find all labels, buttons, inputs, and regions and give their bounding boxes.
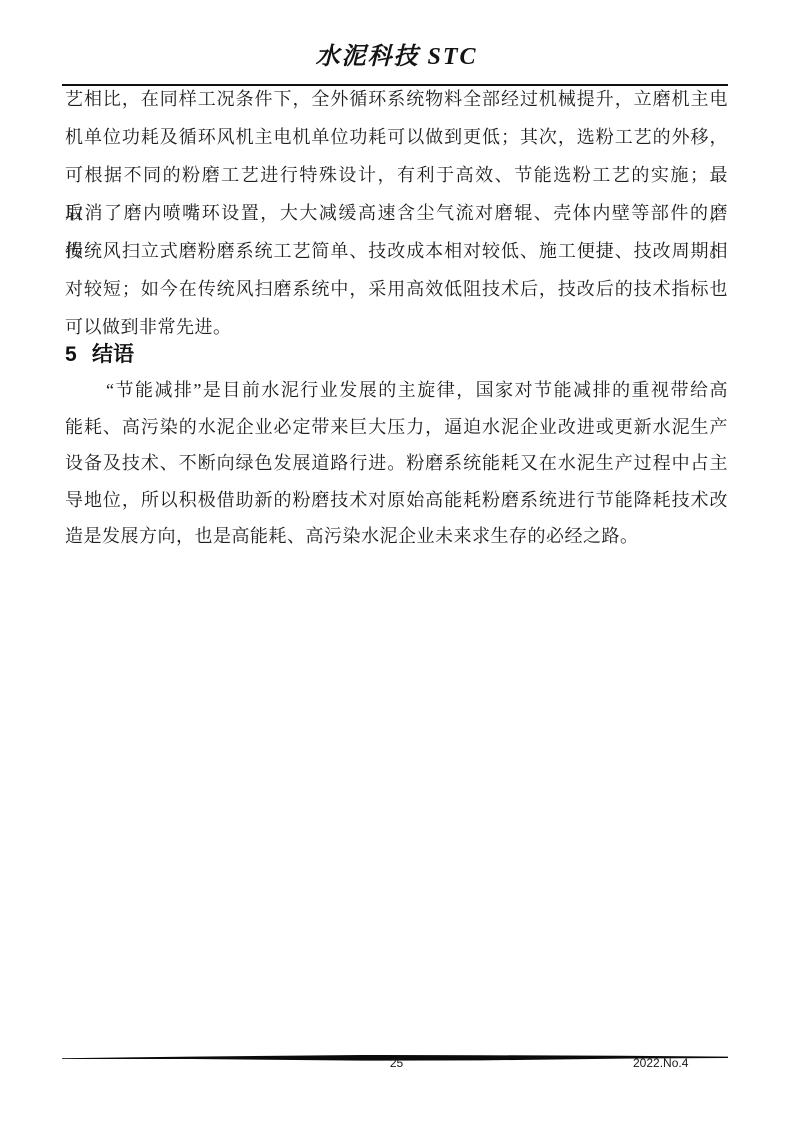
- journal-title: 水泥科技 STC: [0, 42, 793, 72]
- paragraph-1-line: 艺相比，在同样工况条件下，全外循环系统物料全部经过机械提升，立磨机主电: [65, 80, 728, 118]
- section-title: 结语: [92, 343, 134, 366]
- paragraph-1-line: 对较短；如今在传统风扫磨系统中，采用高效低阻技术后，技改后的技术指标也: [65, 270, 728, 308]
- section-heading-5: 5结语: [65, 341, 728, 368]
- paragraph-2-line: 能耗、高污染的水泥企业必定带来巨大压力，逼迫水泥企业改进或更新水泥生产: [65, 409, 728, 446]
- paragraph-2-line: “节能减排”是目前水泥行业发展的主旋律，国家对节能减排的重视带给高: [65, 372, 728, 409]
- paragraph-2: “节能减排”是目前水泥行业发展的主旋律，国家对节能减排的重视带给高 能耗、高污染…: [65, 372, 728, 555]
- issue-label: 2022.No.4: [633, 1056, 688, 1071]
- document-page: 水泥科技 STC 艺相比，在同样工况条件下，全外循环系统物料全部经过机械提升，立…: [0, 0, 793, 1122]
- paragraph-2-line: 设备及技术、不断向绿色发展道路行进。粉磨系统能耗又在水泥生产过程中占主: [65, 445, 728, 482]
- paragraph-2-line: 导地位，所以积极借助新的粉磨技术对原始高能耗粉磨系统进行节能降耗技术改: [65, 482, 728, 519]
- paragraph-1-line: 取消了磨内喷嘴环设置，大大减缓高速含尘气流对磨辊、壳体内壁等部件的磨损。: [65, 194, 728, 232]
- paragraph-1-line: 机单位功耗及循环风机主电机单位功耗可以做到更低；其次，选粉工艺的外移，: [65, 118, 728, 156]
- paragraph-1-line: 传统风扫立式磨粉磨系统工艺简单、技改成本相对较低、施工便捷、技改周期相: [65, 232, 728, 270]
- paragraph-2-line: 造是发展方向，也是高能耗、高污染水泥企业未来求生存的必经之路。: [65, 518, 728, 555]
- section-number: 5: [65, 341, 92, 368]
- paragraph-1-line: 可根据不同的粉磨工艺进行特殊设计，有利于高效、节能选粉工艺的实施；最后，: [65, 156, 728, 194]
- page-number: 25: [65, 1056, 728, 1071]
- paragraph-1: 艺相比，在同样工况条件下，全外循环系统物料全部经过机械提升，立磨机主电 机单位功…: [65, 80, 728, 346]
